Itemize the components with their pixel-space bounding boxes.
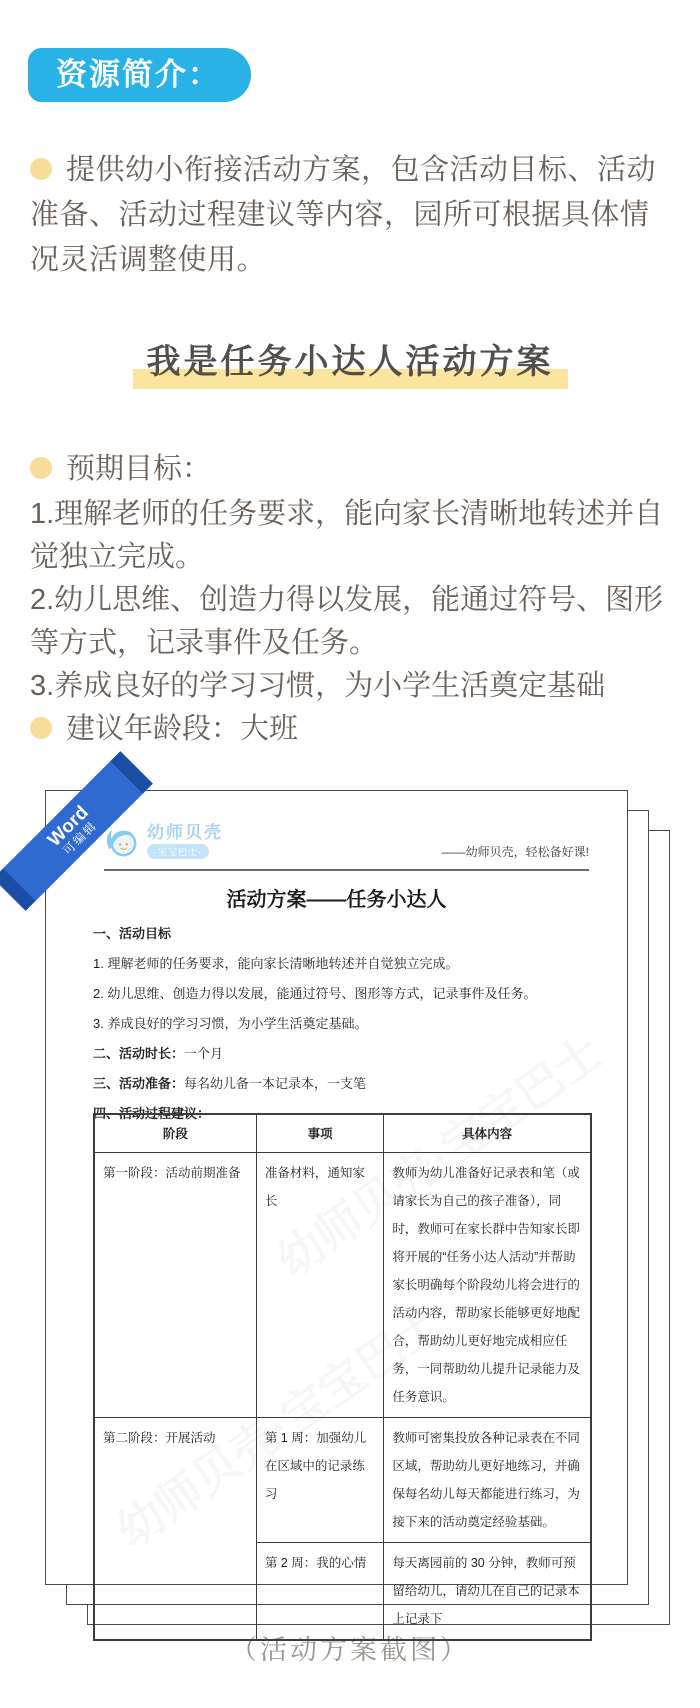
bullet-dot-icon	[30, 158, 52, 180]
table-header-stage: 阶段	[94, 1114, 256, 1152]
table-header-detail: 具体内容	[384, 1114, 591, 1152]
promo-page: 资源简介： 提供幼小衔接活动方案，包含活动目标、活动准备、活动过程建议等内容，园…	[0, 0, 700, 1708]
age-label: 建议年龄段：大班	[66, 713, 298, 745]
age-row: 建议年龄段：大班	[30, 708, 680, 751]
cell-stage: 第二阶段：开展活动	[94, 1417, 256, 1640]
brand-logo-texts: 幼师贝壳 ·宝宝巴士·	[147, 824, 223, 859]
cell-item: 准备材料，通知家长	[256, 1152, 384, 1417]
cell-stage: 第一阶段：活动前期准备	[94, 1152, 256, 1417]
goal-item: 3.养成良好的学习习惯，为小学生活奠定基础	[30, 665, 680, 708]
doc-goal-item: 2. 幼儿思维、创造力得以发展，能通过符号、图形等方式，记录事件及任务。	[93, 979, 589, 1009]
header-divider	[104, 869, 589, 871]
table-header-item: 事项	[256, 1114, 384, 1152]
doc-section-heading: 二、活动时长：	[93, 1046, 184, 1061]
doc-section-heading: 一、活动目标	[93, 919, 589, 949]
doc-slogan: ——幼师贝壳，轻松备好课!	[442, 843, 589, 860]
goal-item: 2.幼儿思维、创造力得以发展，能通过符号、图形等方式，记录事件及任务。	[30, 579, 680, 665]
table-row: 第二阶段：开展活动 第 1 周：加强幼儿在区域中的记录练习 教师可密集投放各种记…	[94, 1417, 591, 1542]
doc-body: 一、活动目标 1. 理解老师的任务要求，能向家长清晰地转述并自觉独立完成。 2.…	[93, 919, 589, 1129]
section-title-text: 我是任务小达人活动方案	[133, 334, 568, 389]
doc-section-text: 一个月	[184, 1046, 223, 1061]
cell-item: 第 1 周：加强幼儿在区域中的记录练习	[256, 1417, 384, 1542]
cell-item: 第 2 周：我的心情	[256, 1542, 384, 1640]
document-preview-stack: Word 可编辑 幼师贝壳 ·宝宝巴士· ——幼师贝壳	[0, 780, 700, 1650]
brand-name: 幼师贝壳	[147, 824, 223, 842]
goals-heading-row: 预期目标：	[30, 448, 680, 491]
doc-goal-item: 3. 养成良好的学习习惯，为小学生活奠定基础。	[93, 1009, 589, 1039]
activity-process-table: 阶段 事项 具体内容 第一阶段：活动前期准备 准备材料，通知家长 教师为幼儿准备…	[93, 1113, 592, 1641]
section-title: 我是任务小达人活动方案	[0, 334, 700, 389]
document-front-page: Word 可编辑 幼师贝壳 ·宝宝巴士· ——幼师贝壳	[45, 790, 628, 1585]
table-header-row: 阶段 事项 具体内容	[94, 1114, 591, 1152]
brand-subname-badge: ·宝宝巴士·	[147, 844, 209, 859]
doc-title: 活动方案——任务小达人	[46, 883, 627, 912]
intro-paragraph: 提供幼小衔接活动方案，包含活动目标、活动准备、活动过程建议等内容，园所可根据具体…	[30, 148, 678, 283]
intro-text: 提供幼小衔接活动方案，包含活动目标、活动准备、活动过程建议等内容，园所可根据具体…	[30, 154, 656, 276]
doc-section-heading: 三、活动准备：	[93, 1076, 184, 1091]
cell-detail: 每天离园前的 30 分钟，教师可预留给幼儿，请幼儿在自己的记录本上记录下	[384, 1542, 591, 1640]
cell-detail: 教师为幼儿准备好记录表和笔（或请家长为自己的孩子准备），同时，教师可在家长群中告…	[384, 1152, 591, 1417]
doc-section-text: 每名幼儿备一本记录本，一支笔	[184, 1076, 366, 1091]
bullet-dot-icon	[30, 717, 52, 739]
bullet-dot-icon	[30, 457, 52, 479]
goals-heading: 预期目标：	[66, 453, 211, 485]
doc-goal-item: 1. 理解老师的任务要求，能向家长清晰地转述并自觉独立完成。	[93, 949, 589, 979]
goal-item: 1.理解老师的任务要求，能向家长清晰地转述并自觉独立完成。	[30, 493, 680, 579]
resource-intro-badge-label: 资源简介：	[56, 57, 221, 92]
doc-section-duration: 二、活动时长：一个月	[93, 1039, 589, 1069]
brand-logo: 幼师贝壳 ·宝宝巴士·	[101, 821, 223, 861]
cell-detail: 教师可密集投放各种记录表在不同区域，帮助幼儿更好地练习，并确保每名幼儿每天都能进…	[384, 1417, 591, 1542]
goals-section: 预期目标： 1.理解老师的任务要求，能向家长清晰地转述并自觉独立完成。 2.幼儿…	[30, 448, 680, 751]
table-row: 第一阶段：活动前期准备 准备材料，通知家长 教师为幼儿准备好记录表和笔（或请家长…	[94, 1152, 591, 1417]
resource-intro-badge: 资源简介：	[28, 48, 251, 102]
doc-section-preparation: 三、活动准备：每名幼儿备一本记录本，一支笔	[93, 1069, 589, 1099]
